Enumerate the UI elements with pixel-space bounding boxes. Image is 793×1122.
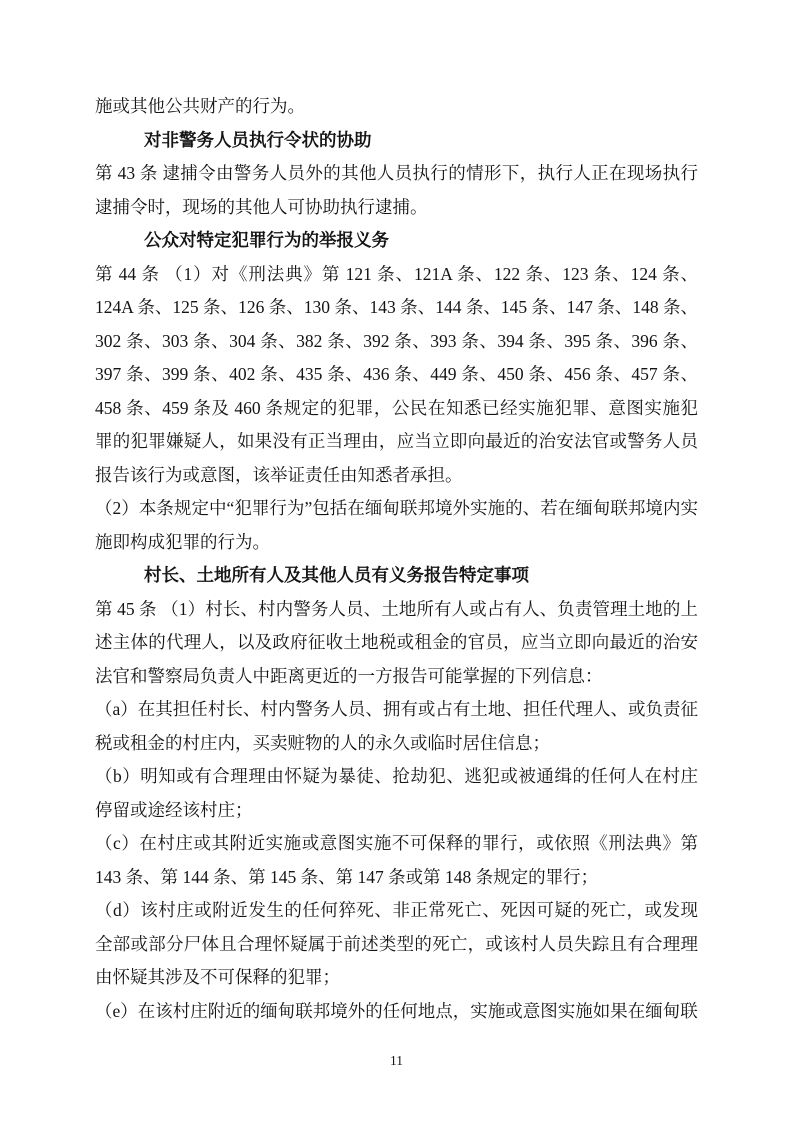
paragraph-article-45-1-c: （c）在村庄或其附近实施或意图实施不可保释的罪行，或依照《刑法典》第 143 条… (95, 827, 698, 894)
paragraph-article-43: 第 43 条 逮捕令由警务人员外的其他人员执行的情形下，执行人正在现场执行逮捕令… (95, 157, 698, 224)
section-heading-warrant-assistance: 对非警务人员执行令状的协助 (95, 124, 698, 158)
paragraph-article-44-1: 第 44 条 （1）对《刑法典》第 121 条、121A 条、122 条、123… (95, 258, 698, 493)
paragraph-article-44-2: （2）本条规定中“犯罪行为”包括在缅甸联邦境外实施的、若在缅甸联邦境内实施即构成… (95, 492, 698, 559)
paragraph-article-45-1-d: （d）该村庄或附近发生的任何猝死、非正常死亡、死因可疑的死亡，或发现全部或部分尸… (95, 894, 698, 995)
section-heading-public-report-duty: 公众对特定犯罪行为的举报义务 (95, 224, 698, 258)
section-heading-village-head-duty: 村长、土地所有人及其他人员有义务报告特定事项 (95, 559, 698, 593)
paragraph-article-45-1-e: （e）在该村庄附近的缅甸联邦境外的任何地点，实施或意图实施如果在缅甸联 (95, 995, 698, 1029)
paragraph-article-45-1-b: （b）明知或有合理理由怀疑为暴徒、抢劫犯、逃犯或被通缉的任何人在村庄停留或途经该… (95, 760, 698, 827)
page-number: 11 (0, 1053, 793, 1069)
paragraph-continuation: 施或其他公共财产的行为。 (95, 90, 698, 124)
paragraph-article-45-1: 第 45 条 （1）村长、村内警务人员、土地所有人或占有人、负责管理土地的上述主… (95, 593, 698, 694)
document-content: 施或其他公共财产的行为。 对非警务人员执行令状的协助 第 43 条 逮捕令由警务… (95, 90, 698, 1028)
paragraph-article-45-1-a: （a）在其担任村长、村内警务人员、拥有或占有土地、担任代理人、或负责征税或租金的… (95, 693, 698, 760)
document-page: 施或其他公共财产的行为。 对非警务人员执行令状的协助 第 43 条 逮捕令由警务… (0, 0, 793, 1122)
